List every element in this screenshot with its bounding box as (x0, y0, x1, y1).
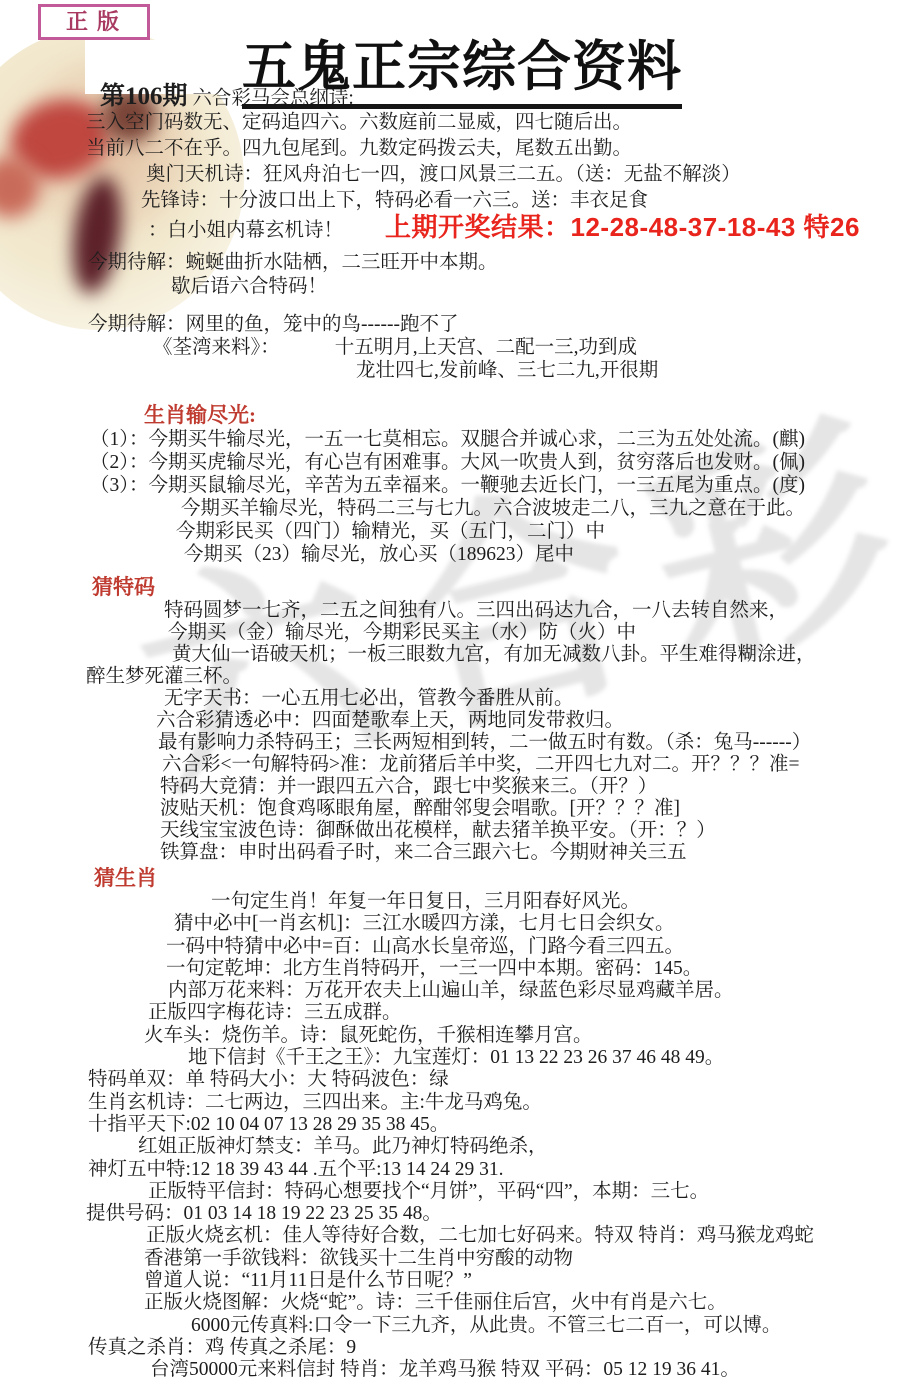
issue-number: 第106期 (100, 83, 188, 110)
text-line: 奥门天机诗：狂风舟泊七一四，渡口风景三二五。（送：无盐不解淡） (86, 162, 894, 188)
text-line: 正版四字梅花诗：三五成群。 (86, 1002, 894, 1024)
text-line: 六合彩<一句解特码>准：龙前猪后羊中奖，二开四七九对二。开？？？准= (86, 754, 894, 776)
section-heading: 猜生肖 (86, 866, 894, 891)
text-line: 今期待解：蜿蜒曲折水陆栖，二三旺开中本期。 (86, 251, 894, 275)
text-line: 提供号码：01 03 14 18 19 22 23 25 35 48。 (86, 1203, 894, 1225)
text-line: 曾道人说：“11月11日是什么节日呢？” (86, 1270, 894, 1292)
text-line: 红姐正版神灯禁支：羊马。此乃神灯特码绝杀， (86, 1136, 894, 1158)
text-line: （3）：今期买鼠输尽光，辛苦为五幸福来。一鞭驰去近长门，一三五尾为重点。(度) (86, 474, 894, 497)
text-line: 一句定乾坤：北方生肖特码开，一三一四中本期。密码：145。 (86, 958, 894, 980)
text-line: 正版火烧图解：火烧“蛇”。诗：三千佳丽住后宫，火中有肖是六七。 (86, 1292, 894, 1314)
text-line: 香港第一手欲钱料：欲钱买十二生肖中穷酸的动物 (86, 1248, 894, 1270)
text-line: 特码圆梦一七齐，二五之间独有八。三四出码达九合，一八去转自然来， (86, 600, 894, 622)
text-line: 六合彩猜透必中：四面楚歌奉上天，两地同发带救归。 (86, 710, 894, 732)
text-line: 生肖玄机诗：二七两边，三四出来。主:牛龙马鸡兔。 (86, 1092, 894, 1114)
text-line: 《荃湾来料》：十五明月,上天宫、二配一三,功到成 (86, 336, 894, 359)
text-line: 台湾50000元来料信封 特肖：龙羊鸡马猴 特双 平码：05 12 19 36 … (86, 1359, 894, 1381)
text-line: 波贴天机：饱食鸡啄眼角屋，醉酣邻叟会唱歌。[开？？？准] (86, 798, 894, 820)
baixiaojie-line: ：白小姐内幕玄机诗！ (148, 220, 343, 241)
text-line: 十指平天下:02 10 04 07 13 28 29 35 38 45。 (86, 1114, 894, 1136)
text-line: 今期买（23）输尽光，放心买（189623）尾中 (86, 543, 894, 566)
text-line: 龙壮四七,发前峰、三七二九,开很期 (86, 359, 894, 382)
text-line: 一句定生肖！年复一年日复日，三月阳春好风光。 (86, 891, 894, 913)
text-line: （1）：今期买牛输尽光，一五一七莫相忘。双腿合并诚心求，二三为五处处流。(麒) (86, 428, 894, 451)
text-line: 歇后语六合特码！ (86, 275, 894, 299)
text-line: 三入空门码数无、定码追四六。六数庭前二显威，四七随后出。 (86, 110, 894, 136)
text-line: 今期买（金）输尽光，今期彩民买主（水）防（火）中 (86, 622, 894, 644)
quanwan-verse-1: 十五明月,上天宫、二配一三,功到成 (335, 337, 637, 358)
heading-cai-tema: 猜特码 (86, 574, 894, 600)
pending-riddle-2: 今期待解：网里的鱼，笼中的鸟------跑不了《荃湾来料》：十五明月,上天宫、二… (86, 313, 894, 382)
cai-tema-lines: 特码圆梦一七齐，二五之间独有八。三四出码达九合，一八去转自然来，今期买（金）输尽… (86, 600, 894, 864)
heading-shengxiao-shujin: 生肖输尽光: (86, 402, 894, 428)
text-line: 猜中必中[一肖玄机]：三江水暖四方漾，七月七日会织女。 (86, 913, 894, 935)
text-line: （2）：今期买虎输尽光，有心岂有困难事。大风一吹贵人到，贫穷落后也发财。(佩) (86, 451, 894, 474)
text-line: 正版火烧玄机：佳人等待好合数，二七加七好码来。特双 特肖：鸡马猴龙鸡蛇 (86, 1225, 894, 1247)
page-title: 五鬼正宗综合资料 (242, 24, 682, 109)
quanwan-label: 《荃湾来料》： (153, 337, 280, 358)
content-lines: 第106期 六合彩马会总纲诗:三入空门码数无、定码追四六。六数庭前二显威，四七随… (86, 84, 894, 1381)
text-line: 最有影响力杀特码王；三长两短相到转，二一做五时有数。（杀：兔马------） (86, 732, 894, 754)
section-heading: 生肖输尽光: (86, 402, 894, 428)
text-line: 特码大竞猜：并一跟四五六合，跟七中奖猴来三。（开？） (86, 776, 894, 798)
scanned-lottery-sheet: 六合彩 正版 五鬼正宗综合资料 第106期 六合彩马会总纲诗:三入空门码数无、定… (0, 0, 900, 1381)
text-line: 内部万花来料：万花开农夫上山遍山羊，绿蓝色彩尽显鸡藏羊居。 (86, 980, 894, 1002)
text-line: 黄大仙一语破天机；一板三眼数九宫，有加无减数八卦。平生难得糊涂进， (86, 644, 894, 666)
text-line: 火车头：烧伤羊。诗：鼠死蛇伤，千猴相连攀月宫。 (86, 1025, 894, 1047)
text-line: 特码单双：单 特码大小：大 特码波色：绿 (86, 1069, 894, 1091)
cai-shengxiao-lines: 一句定生肖！年复一年日复日，三月阳春好风光。猜中必中[一肖玄机]：三江水暖四方漾… (86, 891, 894, 1381)
text-line: 当前八二不在乎。四九包尾到。九数定码拨云夫，尾数五出勤。 (86, 136, 894, 162)
pending-riddle-1: 今期待解：蜿蜒曲折水陆栖，二三旺开中本期。歇后语六合特码！ (86, 251, 894, 299)
shengxiao-shujin-lines: （1）：今期买牛输尽光，一五一七莫相忘。双腿合并诚心求，二三为五处处流。(麒)（… (86, 428, 894, 566)
text-line: 今期买羊输尽光，特码二三与七九。六合波坡走二八，三九之意在于此。 (86, 497, 894, 520)
text-line: 醉生梦死灌三杯。 (86, 666, 894, 688)
heading-cai-shengxiao: 猜生肖 (86, 866, 894, 891)
text-line: 天线宝宝波色诗：御酥做出花模样，献去猪羊换平安。（开：？） (86, 820, 894, 842)
text-line: 6000元传真料:口令一下三九齐，从此贵。不管三七二百一，可以博。 (86, 1315, 894, 1337)
result-banner: 上期开奖结果：12-28-48-37-18-43 特26 (385, 212, 860, 242)
text-line: 地下信封《千王之王》：九宝莲灯：01 13 22 23 26 37 46 48 … (86, 1047, 894, 1069)
text-line: 正版特平信封：特码心想要找个“月饼”，平码“四”，本期：三七。 (86, 1181, 894, 1203)
text-line: 传真之杀肖：鸡 传真之杀尾：9 (86, 1337, 894, 1359)
text-line: 无字天书：一心五用七必出，管教今番胜从前。 (86, 688, 894, 710)
text-line: 今期彩民买（四门）输精光，买（五门，二门）中 (86, 520, 894, 543)
text-line: 铁算盘：申时出码看子时，来二合三跟六七。今期财神关三五 (86, 842, 894, 864)
text-line: 先锋诗：十分波口出上下，特码必看一六三。送：丰衣足食 (86, 188, 894, 214)
text-line: ：白小姐内幕玄机诗！上期开奖结果：12-28-48-37-18-43 特26 (86, 214, 894, 240)
text-line: 一码中特猜中必中=百：山高水长皇帝巡，门路今看三四五。 (86, 936, 894, 958)
text-line: 神灯五中特:12 18 39 43 44 .五个平:13 14 24 29 31… (86, 1159, 894, 1181)
section-heading: 猜特码 (86, 574, 894, 600)
authentic-badge: 正版 (38, 4, 150, 40)
text-line: 今期待解：网里的鱼，笼中的鸟------跑不了 (86, 313, 894, 336)
